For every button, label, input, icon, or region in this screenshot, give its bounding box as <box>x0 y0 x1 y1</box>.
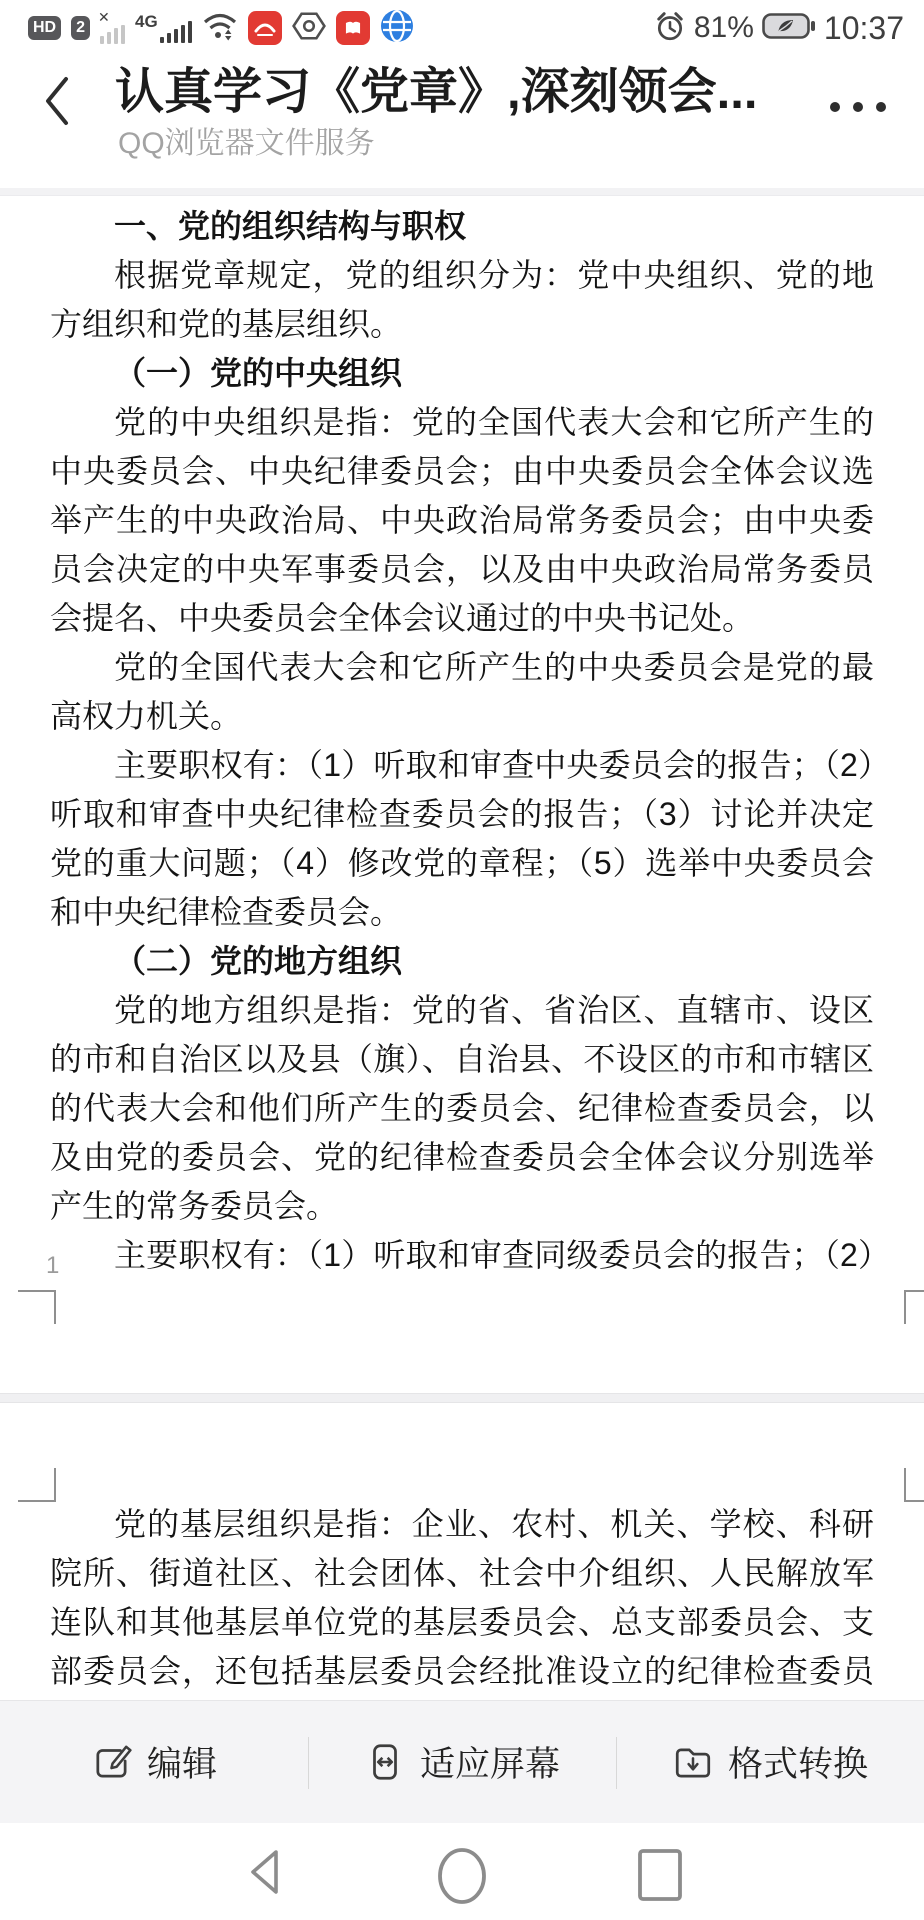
edit-button-label: 编辑 <box>147 1737 217 1787</box>
system-nav-bar <box>0 1823 924 1920</box>
doc-paragraph: 党的地方组织是指：党的省、省治区、直辖市、设区的市和自治区以及县（旗）、自治县、… <box>50 986 874 1231</box>
edit-pencil-icon <box>91 1741 133 1783</box>
back-button[interactable] <box>42 72 74 130</box>
sim2-badge: 2 <box>71 16 90 40</box>
network-type-label: 4G <box>135 13 158 30</box>
page1-margin-mark-right-icon <box>904 1290 924 1324</box>
fit-screen-button[interactable]: 适应屏幕 <box>308 1701 616 1823</box>
nav-recents-button[interactable] <box>636 1847 684 1908</box>
browser-app-icon <box>380 9 414 48</box>
doc-paragraph: 根据党章规定，党的组织分为：党中央组织、党的地方组织和党的基层组织。 <box>50 251 874 349</box>
dot-icon <box>853 102 863 112</box>
status-bar: HD 2 ✕ 4G <box>0 0 924 56</box>
wifi-icon <box>202 11 238 46</box>
page-subtitle: QQ浏览器文件服务 <box>118 126 375 162</box>
doc-paragraph: 党的中央组织是指：党的全国代表大会和它所产生的中央委员会、中央纪律委员会；由中央… <box>50 398 874 643</box>
chevron-left-icon <box>42 73 72 129</box>
doc-paragraph: 党的全国代表大会和它所产生的中央委员会是党的最高权力机关。 <box>50 643 874 741</box>
format-convert-button[interactable]: 格式转换 <box>616 1701 924 1823</box>
doc-paragraph: 主要职权有：（1）听取和审查同级委员会的报告；（2）听取和审查同级纪律检查委员会… <box>50 1231 874 1282</box>
signal-sim1-icon: ✕ <box>100 13 125 44</box>
nav-back-button[interactable] <box>247 1847 281 1902</box>
page2-margin-mark-left-icon <box>18 1468 56 1502</box>
home-circle-icon <box>436 1847 488 1905</box>
back-triangle-icon <box>247 1847 281 1897</box>
bottom-toolbar: 编辑 适应屏幕 格式转换 <box>0 1700 924 1823</box>
toolbar-divider <box>616 1737 617 1789</box>
page-top-gap <box>0 188 924 196</box>
page2-margin-mark-right-icon <box>904 1468 924 1502</box>
doc-paragraph: 党的基层组织是指：企业、农村、机关、学校、科研院所、街道社区、社会团体、社会中介… <box>50 1500 874 1700</box>
status-right-icons: 81% 10:37 <box>654 10 904 47</box>
doc-heading: 一、党的组织结构与职权 <box>50 202 874 251</box>
phone-screen: HD 2 ✕ 4G <box>0 0 924 1920</box>
edit-button[interactable]: 编辑 <box>0 1701 308 1823</box>
page-separator <box>0 1393 924 1403</box>
nav-home-button[interactable] <box>436 1847 488 1910</box>
no-signal-x-icon: ✕ <box>98 10 110 24</box>
doc-paragraph: 主要职权有：（1）听取和审查中央委员会的报告；（2）听取和审查中央纪律检查委员会… <box>50 741 874 937</box>
toolbar-divider <box>308 1737 309 1789</box>
recents-square-icon <box>636 1847 684 1903</box>
hexagon-app-icon <box>292 9 326 48</box>
dot-icon <box>830 102 840 112</box>
page1-margin-mark-left-icon <box>18 1290 56 1324</box>
page-title: 认真学习《党章》,深刻领会... <box>115 62 815 122</box>
alarm-icon <box>654 10 686 47</box>
document-viewer[interactable]: 一、党的组织结构与职权 根据党章规定，党的组织分为：党中央组织、党的地方组织和党… <box>0 188 924 1700</box>
dot-icon <box>876 102 886 112</box>
hd-badge: HD <box>28 16 61 40</box>
header: 认真学习《党章》,深刻领会... QQ浏览器文件服务 <box>0 56 924 188</box>
battery-percent: 81% <box>694 11 754 45</box>
fit-screen-button-label: 适应屏幕 <box>420 1737 560 1787</box>
doc-heading: （二）党的地方组织 <box>50 937 874 986</box>
clock-time: 10:37 <box>824 10 904 47</box>
folder-convert-icon <box>672 1741 714 1783</box>
document-page-2: 党的基层组织是指：企业、农村、机关、学校、科研院所、街道社区、社会团体、社会中介… <box>0 1500 924 1700</box>
more-menu-button[interactable] <box>830 96 886 118</box>
format-convert-button-label: 格式转换 <box>728 1737 868 1787</box>
doc-heading: （一）党的中央组织 <box>50 349 874 398</box>
document-page-1: 一、党的组织结构与职权 根据党章规定，党的组织分为：党中央组织、党的地方组织和党… <box>0 202 924 1282</box>
signal-sim2-icon: 4G <box>135 13 192 43</box>
status-left-icons: HD 2 ✕ 4G <box>28 9 414 48</box>
fit-width-icon <box>364 1741 406 1783</box>
battery-icon <box>762 11 816 46</box>
books-app-icon <box>336 11 370 45</box>
page-number: 1 <box>46 1252 59 1280</box>
huawei-app-icon <box>248 11 282 45</box>
